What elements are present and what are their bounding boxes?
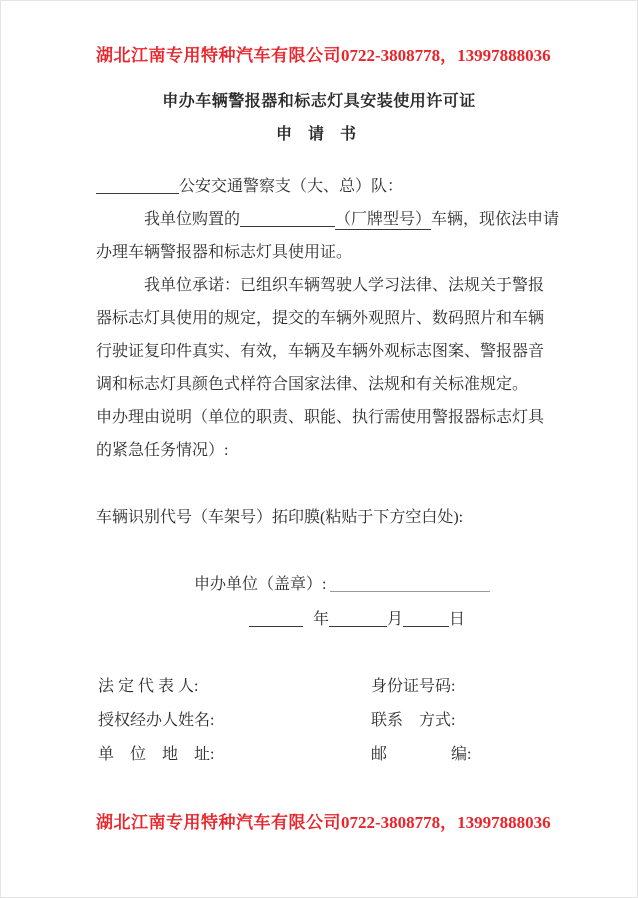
promise-text-4: 调和标志灯具颜色式样符合国家法律、法规和有关标准规定。 xyxy=(96,376,528,393)
unit-seal-label: 申办单位（盖章）: xyxy=(194,576,326,593)
promise-line-2: 器标志灯具使用的规定，提交的车辆外观照片、数码照片和车辆 xyxy=(96,302,556,335)
salutation-line: 公安交通警察支（大、总）队： xyxy=(96,170,556,203)
promise-line-3: 行驶证复印件真实、有效，车辆及车辆外观标志图案、警报器音 xyxy=(96,335,556,368)
authorized-agent-label: 授权经办人姓名: xyxy=(96,704,371,738)
purchase-line: 我单位购置的（厂牌型号）车辆，现依法申请 xyxy=(96,203,556,236)
vin-imprint-line: 车辆识别代号（车架号）拓印膜(粘贴于下方空白处): xyxy=(96,501,556,534)
unit-address-label: 单 位 地 址: xyxy=(96,738,371,772)
company-phone-numbers: 0722-3808778，13997888036 xyxy=(341,45,551,67)
contact-block: 法 定 代 表 人: 身份证号码: 授权经办人姓名: 联系 方式: 单 位 地 … xyxy=(96,670,556,772)
company-footer-line: 湖北江南专用特种汽车有限公司 0722-3808778，13997888036 xyxy=(96,812,544,834)
promise-text-3: 行驶证复印件真实、有效，车辆及车辆外观标志图案、警报器音 xyxy=(96,343,544,360)
promise-text-2: 器标志灯具使用的规定，提交的车辆外观照片、数码照片和车辆 xyxy=(96,310,544,327)
application-form-page: 湖北江南专用特种汽车有限公司 0722-3808778，13997888036 … xyxy=(0,0,638,898)
year-blank-underline xyxy=(249,608,303,627)
contact-method-label: 联系 方式: xyxy=(371,704,556,738)
promise-line-4: 调和标志灯具颜色式样符合国家法律、法规和有关标准规定。 xyxy=(96,368,556,401)
legal-representative-label: 法 定 代 表 人: xyxy=(96,670,371,704)
brand-model-hint-text: （厂牌型号） xyxy=(335,211,431,230)
reason-text-1: 申办理由说明（单位的职责、职能、执行需使用警报器标志灯具 xyxy=(96,409,544,426)
document-title: 申办车辆警报器和标志灯具安装使用许可证 xyxy=(1,88,637,111)
contact-row-address: 单 位 地 址: 邮 编: xyxy=(96,738,556,772)
year-label: 年 xyxy=(313,611,329,628)
applicant-unit-seal-line: 申办单位（盖章）: xyxy=(96,568,556,601)
day-label: 日 xyxy=(449,611,465,628)
month-blank-underline xyxy=(329,608,387,627)
contact-row-agent: 授权经办人姓名: 联系 方式: xyxy=(96,704,556,738)
date-line: 年月日 xyxy=(96,603,556,636)
vehicle-model-blank-underline xyxy=(240,208,335,227)
reason-line-2: 的紧急任务情况）: xyxy=(96,434,556,467)
id-number-label: 身份证号码: xyxy=(371,670,556,704)
month-label: 月 xyxy=(387,611,403,628)
reason-line-1: 申办理由说明（单位的职责、职能、执行需使用警报器标志灯具 xyxy=(96,401,556,434)
footer-phone-numbers: 0722-3808778，13997888036 xyxy=(341,812,551,834)
document-body: 公安交通警察支（大、总）队： 我单位购置的（厂牌型号）车辆，现依法申请 办理车辆… xyxy=(96,170,556,636)
recipient-blank-underline xyxy=(96,175,179,194)
purchase-continuation-line: 办理车辆警报器和标志灯具使用证。 xyxy=(96,236,556,269)
contact-row-legal-rep: 法 定 代 表 人: 身份证号码: xyxy=(96,670,556,704)
document-subtitle: 申 请 书 xyxy=(1,121,637,144)
reason-text-2: 的紧急任务情况）: xyxy=(96,442,228,459)
purchase-cont-text: 办理车辆警报器和标志灯具使用证。 xyxy=(96,244,352,261)
footer-company-name: 湖北江南专用特种汽车有限公司 xyxy=(96,812,341,834)
purchase-post-text: 车辆，现依法申请 xyxy=(431,211,559,228)
unit-seal-blank-underline xyxy=(330,573,490,592)
company-name: 湖北江南专用特种汽车有限公司 xyxy=(96,45,341,67)
promise-line-1: 我单位承诺：已组织车辆驾驶人学习法律、法规关于警报 xyxy=(96,269,556,302)
company-header-line: 湖北江南专用特种汽车有限公司 0722-3808778，13997888036 xyxy=(96,45,544,67)
salutation-text: 公安交通警察支（大、总）队： xyxy=(179,178,403,195)
purchase-pre-text: 我单位购置的 xyxy=(144,211,240,228)
day-blank-underline xyxy=(403,608,449,627)
promise-text-1: 我单位承诺：已组织车辆驾驶人学习法律、法规关于警报 xyxy=(144,277,544,294)
vin-imprint-text: 车辆识别代号（车架号）拓印膜(粘贴于下方空白处): xyxy=(96,509,463,526)
postal-code-label: 邮 编: xyxy=(371,738,556,772)
